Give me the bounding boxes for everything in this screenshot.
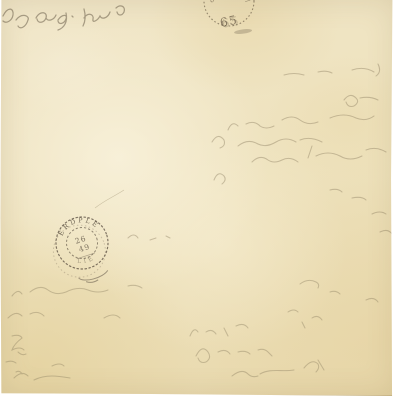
postmark-left-arc-bottom: LIE (75, 252, 97, 267)
handwriting-right-faint (128, 64, 392, 240)
paper-markings: 8 · 7 65 65 ERDPLE LIE 26 4 (0, 0, 396, 396)
svg-text:LIE: LIE (75, 252, 97, 267)
ink-smudge (234, 28, 252, 35)
postmark-top-arc-chars: 8 · 7 (208, 0, 256, 10)
scan-background: 8 · 7 65 65 ERDPLE LIE 26 4 (0, 0, 396, 396)
handwriting-lower-faint (6, 280, 378, 380)
postmark-top-partial-icon: 8 · 7 65 65 (204, 0, 255, 35)
handwriting-top-left (3, 6, 124, 30)
postmark-double-ring-icon: ERDPLE LIE 26 49 (44, 209, 119, 291)
svg-text:8 · 7: 8 · 7 (208, 0, 256, 10)
postmark-top-digits-smudge: 65 (220, 13, 241, 30)
paper-crease-line (95, 190, 124, 208)
paper-sheet: 8 · 7 65 65 ERDPLE LIE 26 4 (0, 0, 396, 396)
